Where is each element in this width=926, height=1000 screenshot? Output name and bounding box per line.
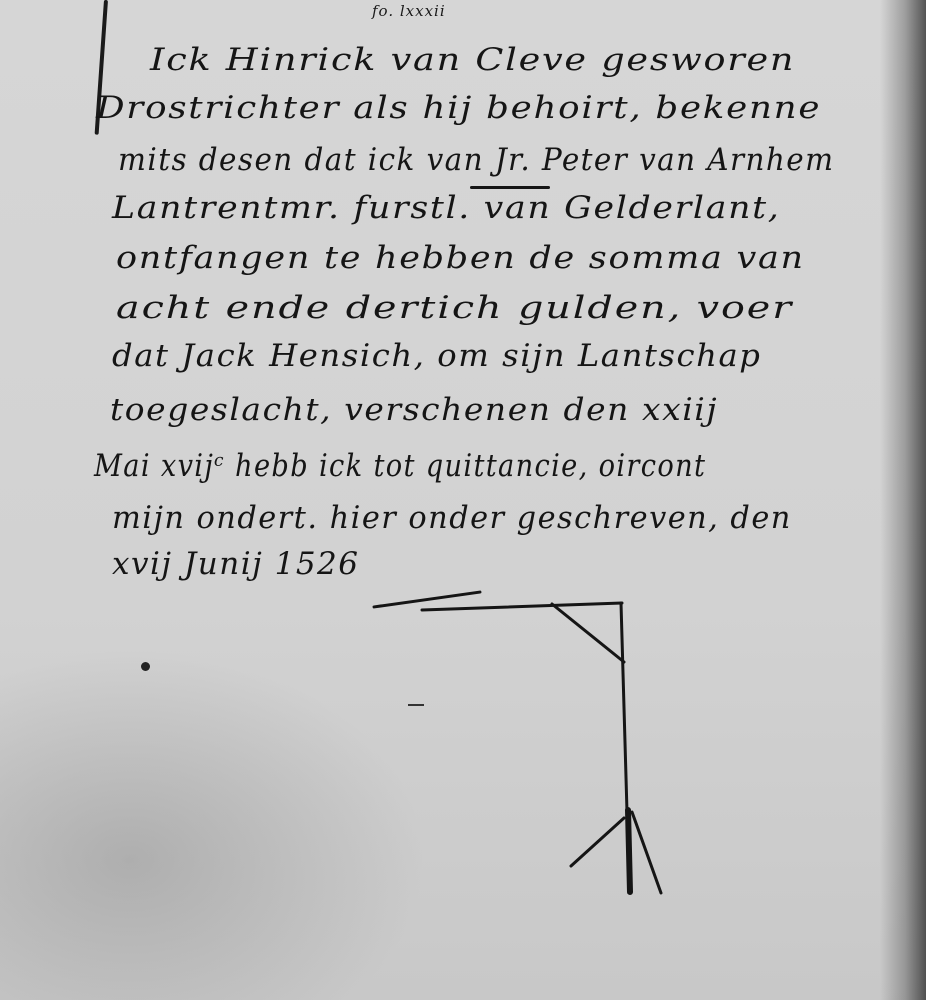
manuscript-page: fo. lxxxii Ick Hinrick van Cleve geswore… — [0, 0, 926, 1000]
gallows-drawing-icon — [0, 0, 926, 1000]
